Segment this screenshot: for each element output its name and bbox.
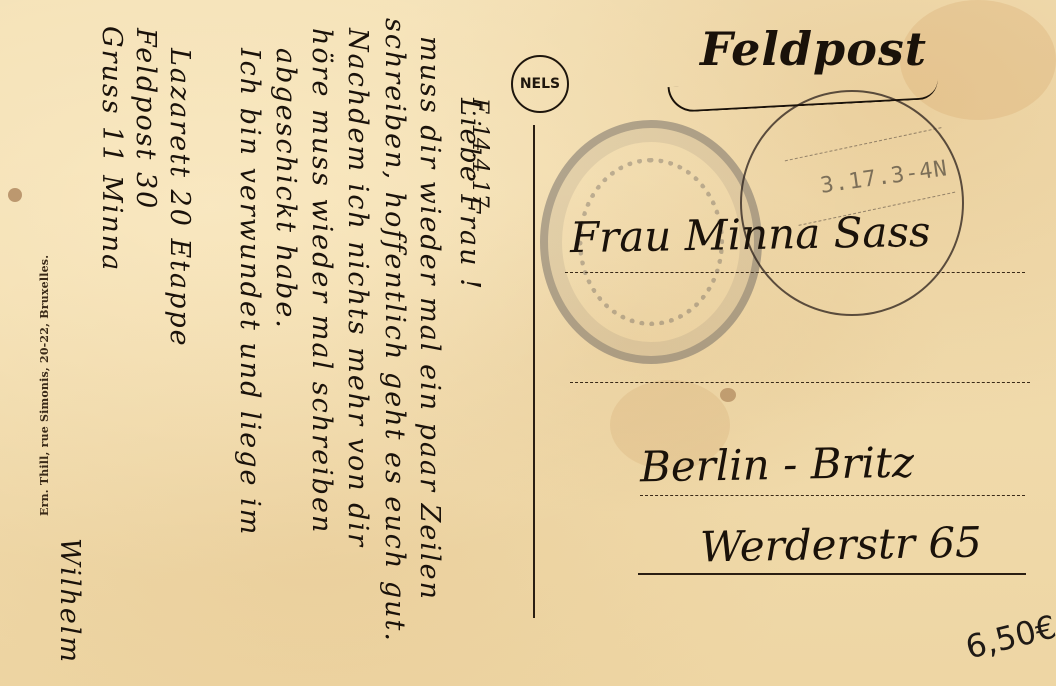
recipient-city: Berlin - Britz	[640, 438, 915, 492]
publisher-imprint: Ern. Thill, rue Simonis, 20-22, Bruxelle…	[38, 255, 51, 516]
logo-text: NELS	[520, 76, 560, 92]
paper-stain	[720, 388, 736, 402]
recipient-street: Werderstr 65	[700, 518, 983, 572]
message-line: muss dir wieder mal ein paar Zeilen	[414, 36, 445, 601]
address-line	[640, 495, 1025, 496]
paper-stain	[8, 188, 22, 202]
message-line: Lazarett 20 Etappe	[164, 48, 195, 348]
message-line: Feldpost 30	[130, 28, 161, 210]
center-divider	[533, 125, 535, 618]
feldpost-header: Feldpost	[700, 22, 927, 76]
message-line: Nachdem ich nichts mehr von dir	[342, 28, 373, 548]
address-line	[638, 573, 1026, 575]
address-line	[565, 272, 1025, 273]
message-line: höre muss wieder mal schreiben	[306, 28, 337, 534]
handwritten-message: Liebe Frau ! muss dir wieder mal ein paa…	[95, 18, 525, 678]
message-signature: Wilhelm	[54, 538, 85, 664]
message-line: Ich bin verwundet und liege im	[234, 48, 265, 536]
price-annotation: 6,50€	[962, 607, 1056, 666]
message-line: Gruss 11 Minna	[96, 26, 127, 272]
address-line	[570, 382, 1030, 383]
message-line: schreiben, hoffentlich geht es euch gut.	[379, 18, 410, 643]
message-line: Liebe Frau !	[454, 98, 485, 291]
recipient-name: Frau Minna Sass	[570, 207, 931, 262]
postcard-back: Ern. Thill, rue Simonis, 20-22, Bruxelle…	[0, 0, 1056, 686]
message-line: abgeschickt habe.	[270, 48, 301, 330]
